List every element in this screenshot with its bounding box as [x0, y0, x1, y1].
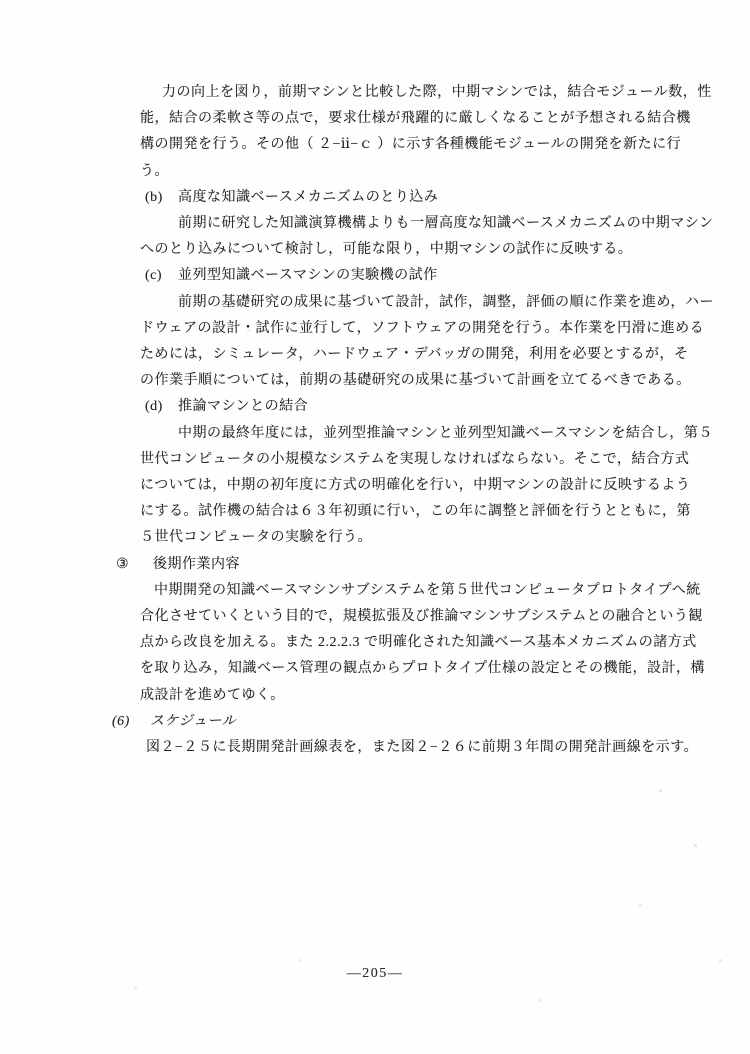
text-line: の作業手順については，前期の基礎研究の成果に基づいて計画を立てるべきである。: [140, 368, 715, 394]
item-marker: (c): [145, 263, 178, 289]
page-number: —205—: [0, 966, 750, 982]
item-label: 後期作業内容: [153, 557, 240, 572]
item-marker: (6): [112, 709, 150, 735]
text-line: 成設計を進めてゆく。: [140, 683, 715, 709]
text-line: 前期に研究した知識演算機構よりも一層高度な知識ベースメカニズムの中期マシン: [178, 211, 715, 237]
outline-item-line: (6)スケジュール: [140, 709, 715, 735]
outline-item-line: (c)並列型知識ベースマシンの実験機の試作: [140, 263, 715, 289]
scan-speckles: [0, 0, 1, 1]
text-line: へのとり込みについて検討し，可能な限り，中期マシンの試作に反映する。: [140, 237, 715, 263]
text-line: を取り込み，知識ベース管理の観点からプロトタイプ仕様の設定とその機能，設計，構: [140, 656, 715, 682]
text-line: う。: [140, 159, 715, 185]
text-line: ５世代コンピュータの実験を行う。: [140, 525, 715, 551]
outline-item-line: (b)高度な知識ベースメカニズムのとり込み: [140, 185, 715, 211]
document-text-block: 力の向上を図り，前期マシンと比較した際，中期マシンでは，結合モジュール数，性能，…: [140, 80, 715, 761]
item-marker: (b): [145, 185, 178, 211]
scanned-document-page: 力の向上を図り，前期マシンと比較した際，中期マシンでは，結合モジュール数，性能，…: [0, 0, 750, 1054]
outline-item-line: (d)推論マシンとの結合: [140, 394, 715, 420]
text-line: 中期開発の知識ベースマシンサブシステムを第５世代コンピュータプロトタイプへ統: [154, 578, 715, 604]
outline-item-line: ③後期作業内容: [140, 552, 715, 578]
item-marker: (d): [145, 394, 178, 420]
text-line: 世代コンピュータの小規模なシステムを実現しなければならない。そこで，結合方式: [140, 447, 715, 473]
text-line: 力の向上を図り，前期マシンと比較した際，中期マシンでは，結合モジュール数，性: [162, 80, 715, 106]
text-line: にする。試作機の結合は６３年初頭に行い，この年に調整と評価を行うとともに，第: [140, 499, 715, 525]
text-line: 中期の最終年度には，並列型推論マシンと並列型知識ベースマシンを結合し，第５: [178, 421, 715, 447]
item-label: 推論マシンとの結合: [178, 399, 308, 414]
item-label: スケジュール: [150, 714, 236, 729]
item-label: 高度な知識ベースメカニズムのとり込み: [178, 190, 438, 205]
item-marker: ③: [116, 552, 153, 578]
text-line: 前期の基礎研究の成果に基づいて設計，試作，調整，評価の順に作業を進め，ハー: [178, 290, 715, 316]
text-line: 点から改良を加える。また 2.2.2.3 で明確化された知識ベース基本メカニズム…: [140, 630, 715, 656]
text-line: 構の開発を行う。その他（ ２−ⅱ−ｃ ）に示す各種機能モジュールの開発を新たに行: [140, 132, 715, 158]
text-line: ドウェアの設計・試作に並行して，ソフトウェアの開発を行う。本作業を円滑に進める: [140, 316, 715, 342]
text-line: 図２−２５に長期開発計画線表を，また図２−２６に前期３年間の開発計画線を示す。: [146, 735, 715, 761]
item-label: 並列型知識ベースマシンの実験機の試作: [178, 268, 438, 283]
text-line: については，中期の初年度に方式の明確化を行い，中期マシンの設計に反映するよう: [140, 473, 715, 499]
text-line: 合化させていくという目的で，規模拡張及び推論マシンサブシステムとの融合という観: [140, 604, 715, 630]
text-line: ためには，シミュレータ，ハードウェア・デバッガの開発，利用を必要とするが，そ: [140, 342, 715, 368]
text-line: 能，結合の柔軟さ等の点で，要求仕様が飛躍的に厳しくなることが予想される結合機: [140, 106, 715, 132]
